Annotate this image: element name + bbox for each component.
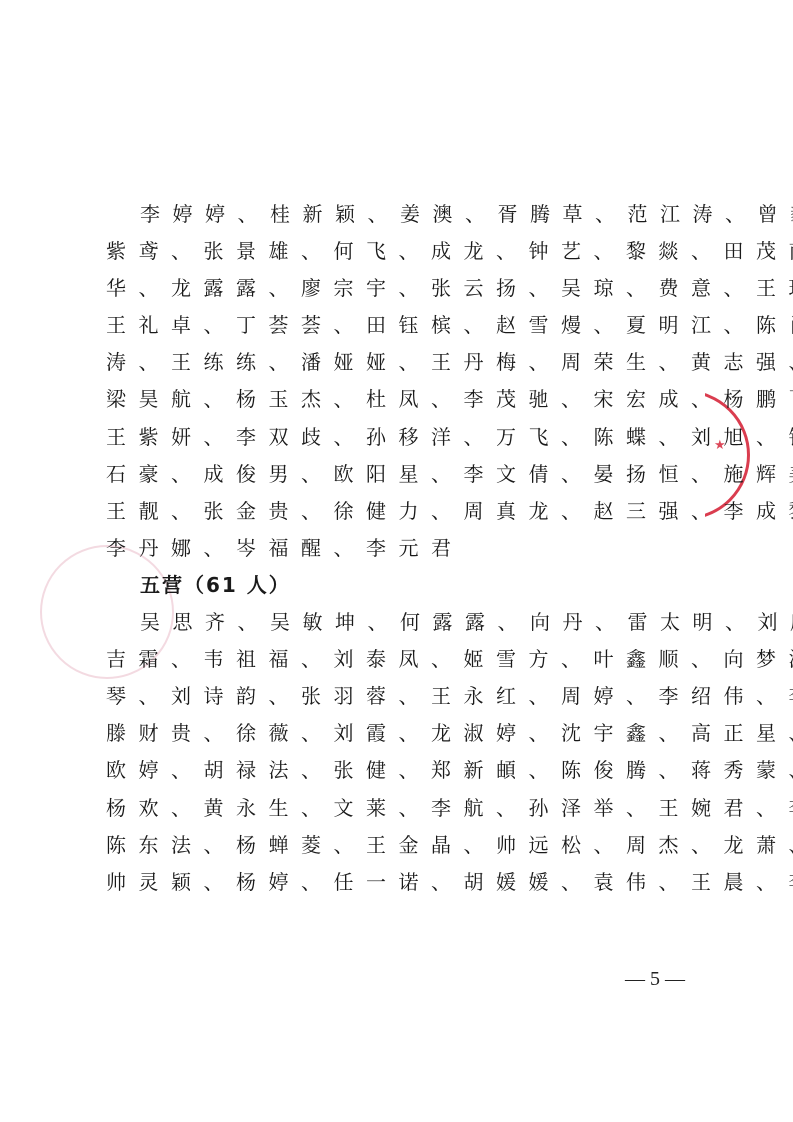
text-line: 欧婷、胡禄法、张健、郑新頔、陈俊腾、蒋秀蒙、张鹏、张毅发、: [106, 752, 696, 789]
text-line: 梁昊航、杨玉杰、杜凤、李茂驰、宋宏成、杨鹏飞、吴婷婷、刘磊、: [106, 381, 696, 418]
text-line: 紫鸢、张景雄、何飞、成龙、钟艺、黎燚、田茂南、敖浪森、段鑫: [106, 233, 696, 270]
name-list-body: 李婷婷、桂新颖、姜澳、胥腾草、范江涛、曾毅、林菲菲、朱 紫鸢、张景雄、何飞、成龙…: [106, 196, 696, 901]
text-line: 陈东法、杨蝉菱、王金晶、帅远松、周杰、龙萧、陈国志、韦会芬、: [106, 827, 696, 864]
text-line: 杨欢、黄永生、文莱、李航、孙泽举、王婉君、李思思、唐玲星、: [106, 790, 696, 827]
text-line: 吉霜、韦祖福、刘泰凤、姬雪方、叶鑫顺、向梦溪、樊洪利、彭开: [106, 641, 696, 678]
text-line: 王靓、张金贵、徐健力、周真龙、赵三强、李成黎、卜文念、周婷、: [106, 493, 696, 530]
page-number: — 5 —: [625, 968, 685, 991]
text-line: 李丹娜、岑福醒、李元君: [106, 530, 696, 567]
text-line: 滕财贵、徐薇、刘霞、龙淑婷、沈宇鑫、高正星、刘蓉蓉、荀双龙、: [106, 715, 696, 752]
text-line: 华、龙露露、廖宗宇、张云扬、吴琼、费意、王珑锦、林莉、赖磊、: [106, 270, 696, 307]
text-line: 王礼卓、丁荟荟、田钰槟、赵雪熳、夏明江、陈肖、黄淞欑、吴永: [106, 307, 696, 344]
text-line: 帅灵颖、杨婷、任一诺、胡媛媛、袁伟、王晨、李萍萍: [106, 864, 696, 901]
text-line: 李婷婷、桂新颖、姜澳、胥腾草、范江涛、曾毅、林菲菲、朱: [106, 196, 696, 233]
text-line: 琴、刘诗韵、张羽蓉、王永红、周婷、李绍伟、李欣雨、张双超、: [106, 678, 696, 715]
text-line: 吴思齐、吴敏坤、何露露、向丹、雷太明、刘康金、潘波、蔡: [106, 604, 696, 641]
document-page: ★ 李婷婷、桂新颖、姜澳、胥腾草、范江涛、曾毅、林菲菲、朱 紫鸢、张景雄、何飞、…: [0, 0, 793, 1122]
text-line: 涛、王练练、潘娅娅、王丹梅、周荣生、黄志强、吴清凤、杨昌烨、: [106, 344, 696, 381]
section-heading: 五营（61 人）: [106, 567, 696, 604]
text-line: 石豪、成俊男、欧阳星、李文倩、晏扬恒、施辉美、李佳轩、张硕、: [106, 456, 696, 493]
text-line: 王紫妍、李双歧、孙移洋、万飞、陈蝶、刘旭、钱实进、陈浩男、: [106, 419, 696, 456]
